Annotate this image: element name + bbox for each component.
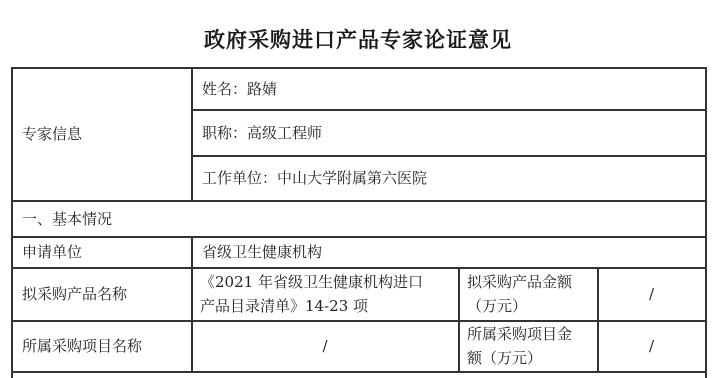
project-amount-label-line1: 所属采购项目金 <box>467 322 572 346</box>
expert-title: 职称：高级工程师 <box>192 110 705 155</box>
applicant-label: 申请单位 <box>12 237 191 267</box>
project-amount-label: 所属采购项目金 额（万元） <box>459 321 597 371</box>
section-heading-basic-info: 一、基本情况 <box>12 201 705 236</box>
product-amount-label-line1: 拟采购产品金额 <box>467 270 572 294</box>
expert-info-label: 专家信息 <box>12 68 191 200</box>
product-amount-value: / <box>598 268 705 320</box>
expert-name: 姓名：路婧 <box>192 68 705 109</box>
product-amount-label-line2: （万元） <box>467 294 527 318</box>
product-name-line1: 《2021 年省级卫生健康机构进口 <box>200 270 423 294</box>
product-name-value: 《2021 年省级卫生健康机构进口 产品目录清单》14-23 项 <box>192 268 458 320</box>
project-name-label: 所属采购项目名称 <box>12 321 191 371</box>
project-amount-value: / <box>598 321 705 371</box>
project-name-value: / <box>192 321 458 371</box>
product-amount-label: 拟采购产品金额 （万元） <box>459 268 597 320</box>
row-divider <box>11 371 706 373</box>
product-name-line2: 产品目录清单》14-23 项 <box>200 294 368 318</box>
page-title: 政府采购进口产品专家论证意见 <box>0 24 716 54</box>
applicant-value: 省级卫生健康机构 <box>192 237 705 267</box>
expert-employer: 工作单位：中山大学附属第六医院 <box>192 156 705 200</box>
product-name-label: 拟采购产品名称 <box>12 268 191 320</box>
table-border-right <box>705 67 707 378</box>
project-amount-label-line2: 额（万元） <box>467 346 542 370</box>
